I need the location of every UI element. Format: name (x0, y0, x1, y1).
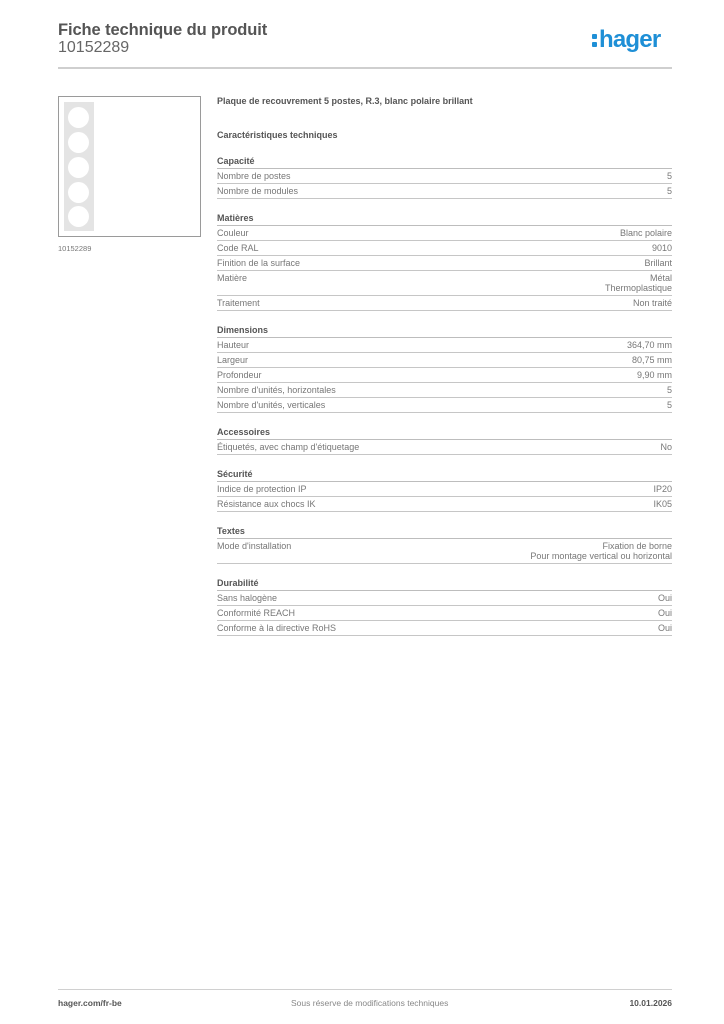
spec-label: Résistance aux chocs IK (217, 499, 316, 509)
product-title: Plaque de recouvrement 5 postes, R.3, bl… (217, 96, 672, 108)
footer-website-link[interactable]: hager.com/fr-be (58, 998, 122, 1008)
spec-value: 5 (667, 186, 672, 196)
spec-row: Étiquetés, avec champ d'étiquetageNo (217, 440, 672, 455)
spec-value: 5 (667, 400, 672, 410)
spec-value: Fixation de borne Pour montage vertical … (530, 541, 672, 561)
spec-row: Nombre d'unités, verticales5 (217, 398, 672, 413)
spec-label: Conformité REACH (217, 608, 295, 618)
spec-row: Largeur80,75 mm (217, 353, 672, 368)
spec-row: TraitementNon traité (217, 296, 672, 311)
cover-plate-illustration (64, 102, 94, 231)
hager-logo: hager (592, 26, 660, 54)
section-heading: Capacité (217, 156, 672, 169)
spec-value: 364,70 mm (627, 340, 672, 350)
spec-section: TextesMode d'installationFixation de bor… (217, 526, 672, 564)
spec-row: Finition de la surfaceBrillant (217, 256, 672, 271)
spec-label: Code RAL (217, 243, 259, 253)
header-divider (58, 67, 672, 69)
spec-value: IK05 (653, 499, 672, 509)
spec-value: Oui (658, 623, 672, 633)
spec-label: Indice de protection IP (217, 484, 307, 494)
socket-opening-icon (68, 132, 89, 153)
section-heading: Matières (217, 213, 672, 226)
spec-label: Mode d'installation (217, 541, 291, 561)
spec-row: Nombre de postes5 (217, 169, 672, 184)
socket-opening-icon (68, 182, 89, 203)
footer-disclaimer: Sous réserve de modifications techniques (291, 998, 448, 1008)
spec-value: 5 (667, 171, 672, 181)
spec-label: Nombre d'unités, verticales (217, 400, 325, 410)
spec-label: Matière (217, 273, 247, 293)
section-heading: Dimensions (217, 325, 672, 338)
spec-row: Indice de protection IPIP20 (217, 482, 672, 497)
technical-characteristics-heading: Caractéristiques techniques (217, 130, 672, 142)
spec-row: Conforme à la directive RoHSOui (217, 621, 672, 636)
spec-label: Nombre de modules (217, 186, 298, 196)
spec-row: Profondeur9,90 mm (217, 368, 672, 383)
spec-value: 80,75 mm (632, 355, 672, 365)
spec-value: 5 (667, 385, 672, 395)
section-heading: Textes (217, 526, 672, 539)
product-number: 10152289 (58, 39, 129, 57)
spec-row: Résistance aux chocs IKIK05 (217, 497, 672, 512)
spec-label: Traitement (217, 298, 260, 308)
footer-date: 10.01.2026 (629, 998, 672, 1008)
spec-row: Nombre d'unités, horizontales5 (217, 383, 672, 398)
spec-row: Hauteur364,70 mm (217, 338, 672, 353)
spec-value: No (660, 442, 672, 452)
socket-opening-icon (68, 107, 89, 128)
spec-section: AccessoiresÉtiquetés, avec champ d'étiqu… (217, 427, 672, 455)
section-heading: Durabilité (217, 578, 672, 591)
spec-label: Conforme à la directive RoHS (217, 623, 336, 633)
product-image (58, 96, 201, 237)
logo-text: hager (599, 26, 660, 53)
spec-label: Finition de la surface (217, 258, 300, 268)
spec-value: Non traité (633, 298, 672, 308)
logo-colon-icon (592, 30, 598, 48)
spec-value: Oui (658, 593, 672, 603)
spec-section: SécuritéIndice de protection IPIP20Résis… (217, 469, 672, 512)
spec-row: Mode d'installationFixation de borne Pou… (217, 539, 672, 564)
spec-section: CapacitéNombre de postes5Nombre de modul… (217, 156, 672, 199)
spec-section: DimensionsHauteur364,70 mmLargeur80,75 m… (217, 325, 672, 413)
spec-row: Nombre de modules5 (217, 184, 672, 199)
spec-row: Sans halogèneOui (217, 591, 672, 606)
spec-value: Blanc polaire (620, 228, 672, 238)
spec-label: Largeur (217, 355, 248, 365)
section-heading: Sécurité (217, 469, 672, 482)
spec-label: Hauteur (217, 340, 249, 350)
spec-label: Sans halogène (217, 593, 277, 603)
spec-row: MatièreMétal Thermoplastique (217, 271, 672, 296)
spec-label: Profondeur (217, 370, 262, 380)
section-heading: Accessoires (217, 427, 672, 440)
socket-opening-icon (68, 157, 89, 178)
page-title: Fiche technique du produit (58, 21, 267, 40)
spec-row: CouleurBlanc polaire (217, 226, 672, 241)
spec-section: MatièresCouleurBlanc polaireCode RAL9010… (217, 213, 672, 311)
spec-value: Brillant (644, 258, 672, 268)
spec-value: 9,90 mm (637, 370, 672, 380)
spec-row: Conformité REACHOui (217, 606, 672, 621)
spec-value: Oui (658, 608, 672, 618)
spec-section: DurabilitéSans halogèneOuiConformité REA… (217, 578, 672, 636)
spec-value: Métal Thermoplastique (605, 273, 672, 293)
socket-opening-icon (68, 206, 89, 227)
spec-label: Couleur (217, 228, 249, 238)
spec-value: 9010 (652, 243, 672, 253)
spec-value: IP20 (653, 484, 672, 494)
spec-label: Nombre d'unités, horizontales (217, 385, 336, 395)
spec-content: Plaque de recouvrement 5 postes, R.3, bl… (217, 96, 672, 636)
spec-sections: CapacitéNombre de postes5Nombre de modul… (217, 156, 672, 636)
spec-label: Étiquetés, avec champ d'étiquetage (217, 442, 359, 452)
spec-row: Code RAL9010 (217, 241, 672, 256)
footer-divider (58, 989, 672, 990)
image-caption: 10152289 (58, 244, 91, 253)
spec-label: Nombre de postes (217, 171, 291, 181)
